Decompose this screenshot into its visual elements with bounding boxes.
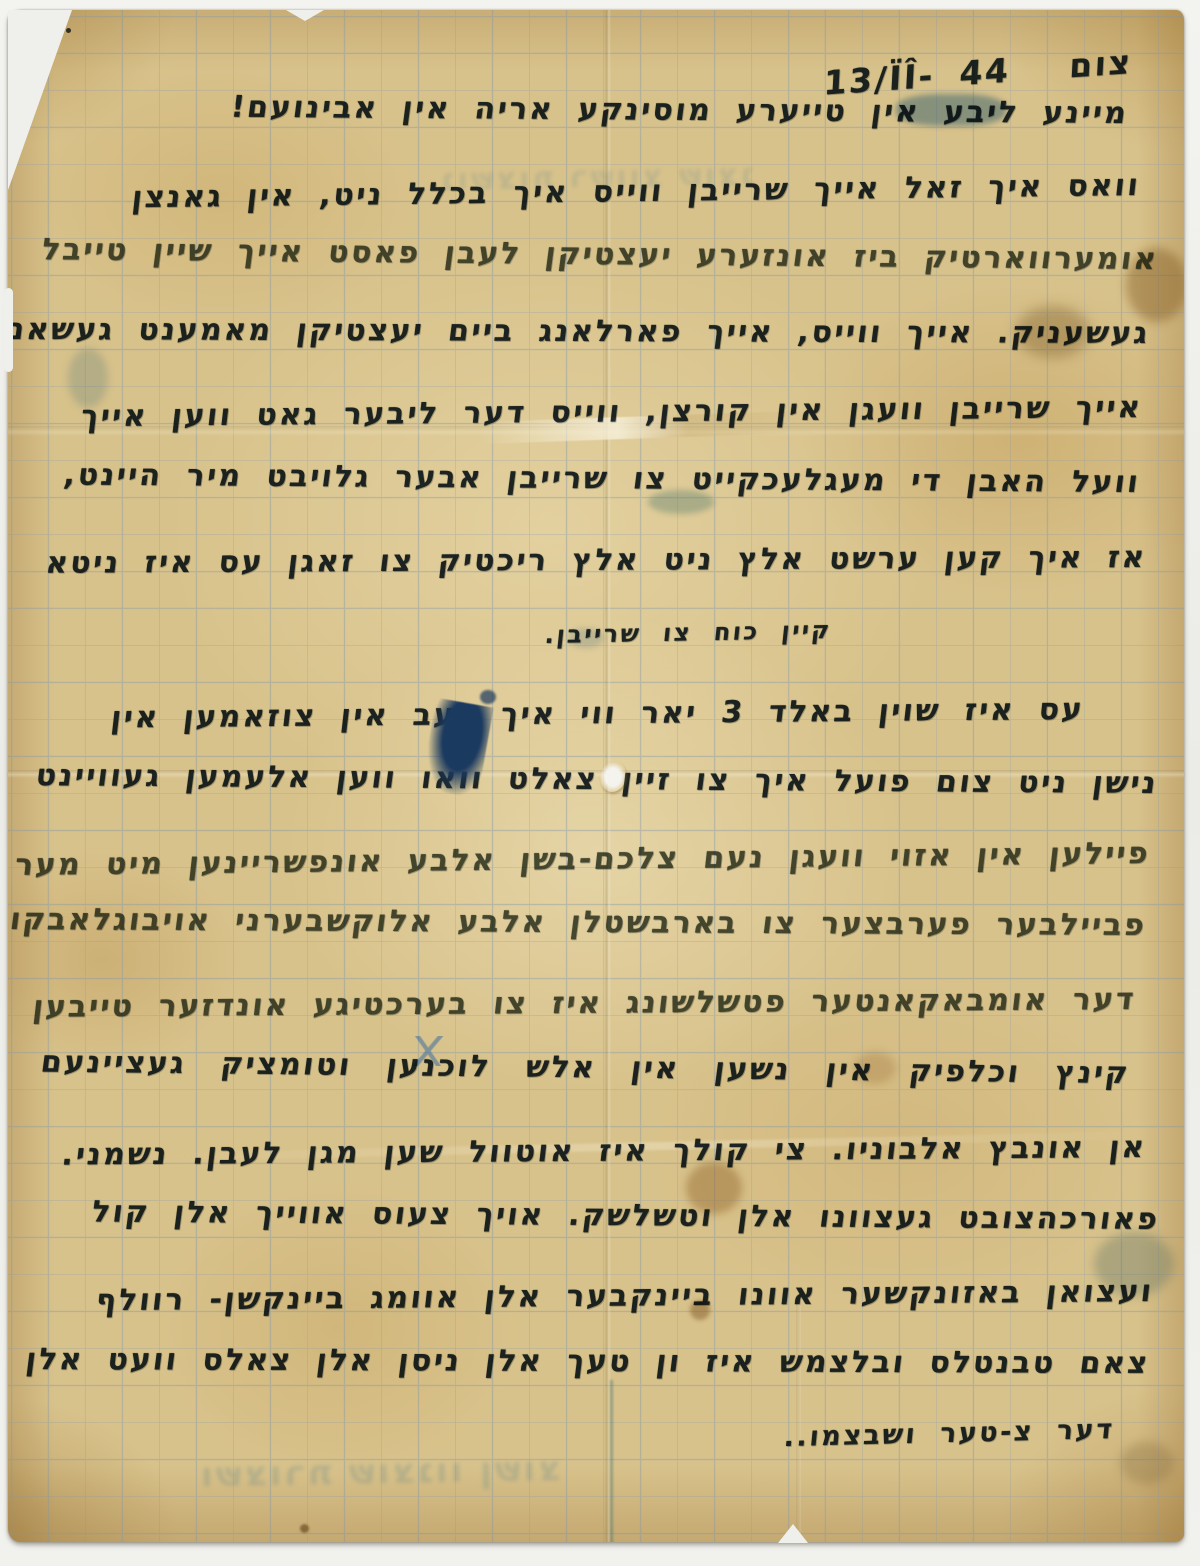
handwriting-line: דער אומבאקאנטער פטשלשונג איז צו בערכטיגע…	[31, 982, 1138, 1025]
handwriting-line: וואס איך זאל אייך שרייבן ווייס איך בכלל …	[130, 168, 1142, 215]
handwriting-line: אן אונבץ אלבוניו. צי קולך איז אוטוול שען…	[60, 1130, 1148, 1173]
handwriting-line: וועל האבן די מעגלעכקייט צו שרייבן אבער ג…	[61, 458, 1142, 500]
handwriting-line: אומערווארטיק ביז אונזערע יעצטיקן לעבן פא…	[39, 232, 1160, 277]
handwriting-line: צאם טבנטלס ובלצמש איז ון טעך אלן ניסן אל…	[8, 1342, 1152, 1381]
ink-blot-droplet	[480, 690, 496, 704]
torn-edge-notch	[4, 288, 13, 372]
letter-paper: נושצות רשווצ שוצנ ושצורת שוצנוו ןשוצ צום…	[8, 10, 1184, 1542]
handwriting-line: דער צ-טער ושבצמו..	[782, 1414, 1115, 1453]
handwriting-line: קיין כוח צו שרייבן.	[544, 616, 834, 649]
date-word: צום	[1068, 42, 1133, 86]
brown-stain	[1120, 1442, 1174, 1484]
fold-ink-tint	[610, 1380, 613, 1542]
handwriting-line: עס איז שוין באלד 3 יאר ווי איך לעב אין צ…	[109, 692, 1086, 736]
handwriting-line: פאורכהצובט געצוונו אלן וטשלשק. אויך צעוס…	[90, 1195, 1162, 1237]
handwriting-line: ועצואן באזונקשער אוונו ביינקבער אלן אוומ…	[94, 1274, 1156, 1318]
handwriting-line: אז איך קען ערשט אלץ ניט אלץ ריכטיק צו זא…	[43, 540, 1148, 581]
dark-spot	[300, 1524, 309, 1533]
scanned-letter: נושצות רשווצ שוצנ ושצורת שוצנוו ןשוצ צום…	[0, 0, 1200, 1566]
handwriting-line: פיילען אין אזוי וועגן נעם צלכם-בשן אלבע …	[13, 836, 1152, 883]
handwriting-line: קינץ וכלפיק אין נשען אין אלש לוכנען וטומ…	[39, 1045, 1133, 1091]
handwriting-line: געשעניק. אייך ווייס, אייך פארלאנג ביים י…	[8, 312, 1152, 351]
bleedthrough-text: ושצורת שוצנוו ןשוצ	[198, 1449, 561, 1495]
handwriting-line: מיינע ליבע אין טייערע מוסינקע אריה אין א…	[228, 90, 1130, 131]
handwriting-line: פביילבער פערבצער צו בארבשטלן אלבע אלוקשב…	[8, 902, 1148, 943]
handwriting-line: נישן ניט צום פועל איך צו זיין צאלט וואו …	[34, 758, 1161, 801]
